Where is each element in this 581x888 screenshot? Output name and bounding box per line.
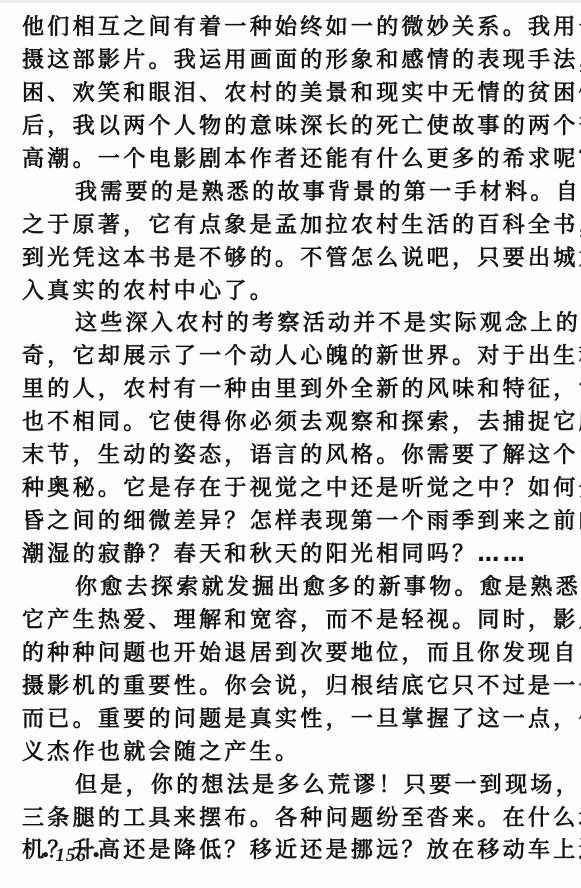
text-line: 潮湿的寂静？春天和秋天的阳光相同吗？…… [22, 539, 552, 572]
page-number: • 156 • [42, 845, 100, 867]
text-line: 摄这部影片。我运用画面的形象和感情的表现手法，对富有和贫 [22, 45, 552, 78]
text-line: 奇，它却展示了一个动人心魄的新世界。对于出生和成长在城市 [22, 341, 552, 374]
text-line: 的种种问题也开始退居到次要地位，而且你发现自己也不再夸大 [22, 638, 552, 671]
text-line: 他们相互之间有着一种始终如一的微妙关系。我用一年的时间拍 [22, 12, 552, 45]
text-line: 我需要的是熟悉的故事背景的第一手材料。自然，我可以取 [22, 177, 552, 210]
text-line: 之于原著，它有点象是孟加拉农村生活的百科全书，可是，我感 [22, 210, 552, 243]
text-line: 摄影机的重要性。你会说，归根结底它只不过是一个纪录的工具 [22, 671, 552, 704]
text-line: 你愈去探索就发掘出愈多的新事物。愈是熟悉，愈会使你对 [22, 572, 552, 605]
page-top-edge [0, 0, 581, 3]
text-line: 它产生热爱、理解和宽容，而不是轻视。同时，影片摄制工作中 [22, 605, 552, 638]
text-line: 三条腿的工具来摆布。各种问题纷至沓来。在什么地方安放摄影 [22, 803, 552, 836]
text-line: 后，我以两个人物的意味深长的死亡使故事的两个部分自然形成 [22, 111, 552, 144]
text-line: 义杰作也就会随之产生。 [22, 737, 552, 770]
text-line: 而已。重要的问题是真实性，一旦掌握了这一点，伟大的人道主 [22, 704, 552, 737]
book-page-body: 他们相互之间有着一种始终如一的微妙关系。我用一年的时间拍 摄这部影片。我运用画面… [22, 12, 552, 868]
text-line: 入真实的农村中心了。 [22, 276, 552, 309]
text-line: 末节，生动的姿态，语言的风格。你需要了解这个“氛围”中的种 [22, 440, 552, 473]
text-line: 种奥秘。它是存在于视觉之中还是听觉之中？如何分辨黎明和黄 [22, 473, 552, 506]
text-line: 也不相同。它使得你必须去观察和探索，去捕捉它所呈现的细微 [22, 407, 552, 440]
text-line: 机？升高还是降低？移近还是挪远？放在移动车上还是放在 地 [22, 835, 552, 868]
text-line: 到光凭这本书是不够的。不管怎么说吧，只要出城六公里就能深 [22, 243, 552, 276]
text-line: 困、欢笑和眼泪、农村的美景和现实中无情的贫困做了对比。最 [22, 78, 552, 111]
text-line: 但是，你的想法是多么荒谬！只要一到现场，你就得由这个 [22, 770, 552, 803]
text-line: 里的人，农村有一种由里到外全新的风味和特征，它的社会准则 [22, 374, 552, 407]
text-line: 这些深入农村的考察活动并不是实际观念上的一 种 探 险 猎 [22, 308, 552, 341]
text-line: 昏之间的细微差异？怎样表现第一个雨季到来之前的那种灰黯的 [22, 506, 552, 539]
text-line: 高潮。一个电影剧本作者还能有什么更多的希求呢？ [22, 144, 552, 177]
